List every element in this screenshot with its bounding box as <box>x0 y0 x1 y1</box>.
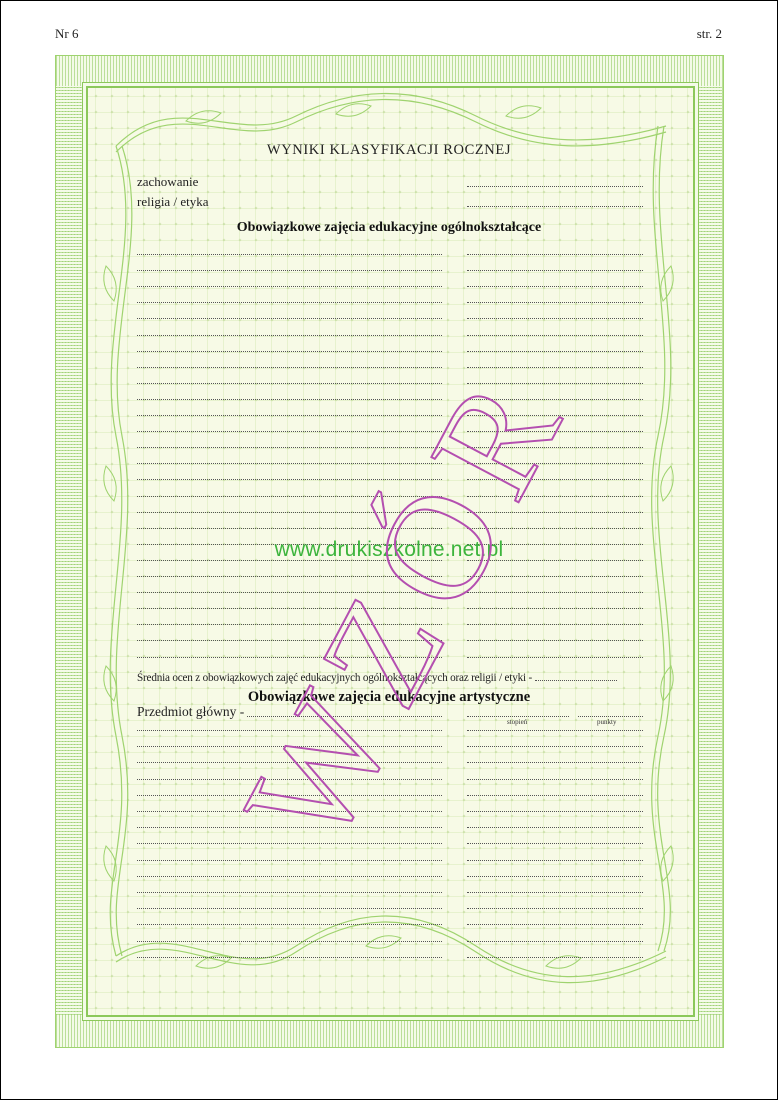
subject-grade-field[interactable] <box>467 254 643 255</box>
subject-name-field[interactable] <box>137 335 442 336</box>
conduct-field[interactable] <box>467 186 643 187</box>
website-watermark: www.drukiszkolne.net.pl <box>0 538 778 562</box>
conduct-label: zachowanie <box>137 174 198 190</box>
subject-grade-field[interactable] <box>467 811 643 812</box>
subject-grade-field[interactable] <box>467 941 643 942</box>
religion-field[interactable] <box>467 206 643 207</box>
points-field[interactable] <box>578 716 643 717</box>
subject-grade-field[interactable] <box>467 860 643 861</box>
subject-grade-field[interactable] <box>467 827 643 828</box>
subject-name-field[interactable] <box>137 957 442 958</box>
subject-grade-field[interactable] <box>467 592 643 593</box>
subject-grade-field[interactable] <box>467 640 643 641</box>
subject-name-field[interactable] <box>137 730 442 731</box>
subject-grade-field[interactable] <box>467 908 643 909</box>
subject-name-field[interactable] <box>137 528 442 529</box>
main-subject-field[interactable] <box>247 716 442 717</box>
subject-name-field[interactable] <box>137 367 442 368</box>
average-label: Średnia ocen z obowiązkowych zajęć eduka… <box>137 672 617 684</box>
subject-grade-field[interactable] <box>467 746 643 747</box>
subject-name-field[interactable] <box>137 286 442 287</box>
subject-grade-field[interactable] <box>467 512 643 513</box>
subject-grade-field[interactable] <box>467 302 643 303</box>
subject-grade-field[interactable] <box>467 795 643 796</box>
subject-name-field[interactable] <box>137 496 442 497</box>
religion-label: religia / etyka <box>137 194 208 210</box>
subject-name-field[interactable] <box>137 254 442 255</box>
subject-grade-field[interactable] <box>467 608 643 609</box>
form-number: Nr 6 <box>55 26 78 42</box>
grade-field[interactable] <box>467 716 569 717</box>
subject-grade-field[interactable] <box>467 924 643 925</box>
grade-caption: stopień <box>507 718 527 726</box>
subject-grade-field[interactable] <box>467 762 643 763</box>
subject-grade-field[interactable] <box>467 876 643 877</box>
subject-grade-field[interactable] <box>467 479 643 480</box>
subject-name-field[interactable] <box>137 624 442 625</box>
subject-name-field[interactable] <box>137 431 442 432</box>
subject-name-field[interactable] <box>137 383 442 384</box>
subject-name-field[interactable] <box>137 447 442 448</box>
subject-name-field[interactable] <box>137 795 442 796</box>
main-subject-label: Przedmiot główny - <box>137 704 244 720</box>
section-general-title: Obowiązkowe zajęcia edukacyjne ogólnoksz… <box>0 220 778 236</box>
subject-grade-field[interactable] <box>467 892 643 893</box>
subject-name-field[interactable] <box>137 860 442 861</box>
document-title: WYNIKI KLASYFIKACJI ROCZNEJ <box>0 142 778 159</box>
subject-grade-field[interactable] <box>467 576 643 577</box>
subject-name-field[interactable] <box>137 762 442 763</box>
subject-name-field[interactable] <box>137 811 442 812</box>
subject-name-field[interactable] <box>137 318 442 319</box>
subject-grade-field[interactable] <box>467 286 643 287</box>
average-label-text: Średnia ocen z obowiązkowych zajęć eduka… <box>137 672 532 684</box>
subject-name-field[interactable] <box>137 463 442 464</box>
subject-grade-field[interactable] <box>467 528 643 529</box>
subject-name-field[interactable] <box>137 640 442 641</box>
subject-name-field[interactable] <box>137 576 442 577</box>
subject-name-field[interactable] <box>137 592 442 593</box>
section-arts-title: Obowiązkowe zajęcia edukacyjne artystycz… <box>0 689 778 706</box>
subject-grade-field[interactable] <box>467 415 643 416</box>
subject-name-field[interactable] <box>137 415 442 416</box>
subject-grade-field[interactable] <box>467 624 643 625</box>
subject-grade-field[interactable] <box>467 957 643 958</box>
subject-grade-field[interactable] <box>467 496 643 497</box>
subject-name-field[interactable] <box>137 608 442 609</box>
subject-grade-field[interactable] <box>467 447 643 448</box>
subject-name-field[interactable] <box>137 399 442 400</box>
subject-grade-field[interactable] <box>467 318 643 319</box>
subject-grade-field[interactable] <box>467 335 643 336</box>
subject-grade-field[interactable] <box>467 657 643 658</box>
subject-name-field[interactable] <box>137 876 442 877</box>
subject-name-field[interactable] <box>137 657 442 658</box>
subject-grade-field[interactable] <box>467 383 643 384</box>
subject-name-field[interactable] <box>137 827 442 828</box>
subject-grade-field[interactable] <box>467 399 643 400</box>
subject-grade-field[interactable] <box>467 843 643 844</box>
subject-name-field[interactable] <box>137 270 442 271</box>
subject-name-field[interactable] <box>137 908 442 909</box>
subject-grade-field[interactable] <box>467 270 643 271</box>
subject-name-field[interactable] <box>137 746 442 747</box>
subject-name-field[interactable] <box>137 924 442 925</box>
page-number: str. 2 <box>697 26 722 42</box>
subject-name-field[interactable] <box>137 351 442 352</box>
subject-name-field[interactable] <box>137 512 442 513</box>
subject-grade-field[interactable] <box>467 351 643 352</box>
subject-name-field[interactable] <box>137 779 442 780</box>
subject-name-field[interactable] <box>137 892 442 893</box>
subject-grade-field[interactable] <box>467 463 643 464</box>
subject-name-field[interactable] <box>137 302 442 303</box>
points-caption: punkty <box>597 718 616 726</box>
subject-grade-field[interactable] <box>467 779 643 780</box>
subject-name-field[interactable] <box>137 479 442 480</box>
subject-grade-field[interactable] <box>467 367 643 368</box>
subject-grade-field[interactable] <box>467 431 643 432</box>
subject-name-field[interactable] <box>137 941 442 942</box>
average-field[interactable] <box>535 680 617 681</box>
subject-grade-field[interactable] <box>467 730 643 731</box>
subject-name-field[interactable] <box>137 843 442 844</box>
